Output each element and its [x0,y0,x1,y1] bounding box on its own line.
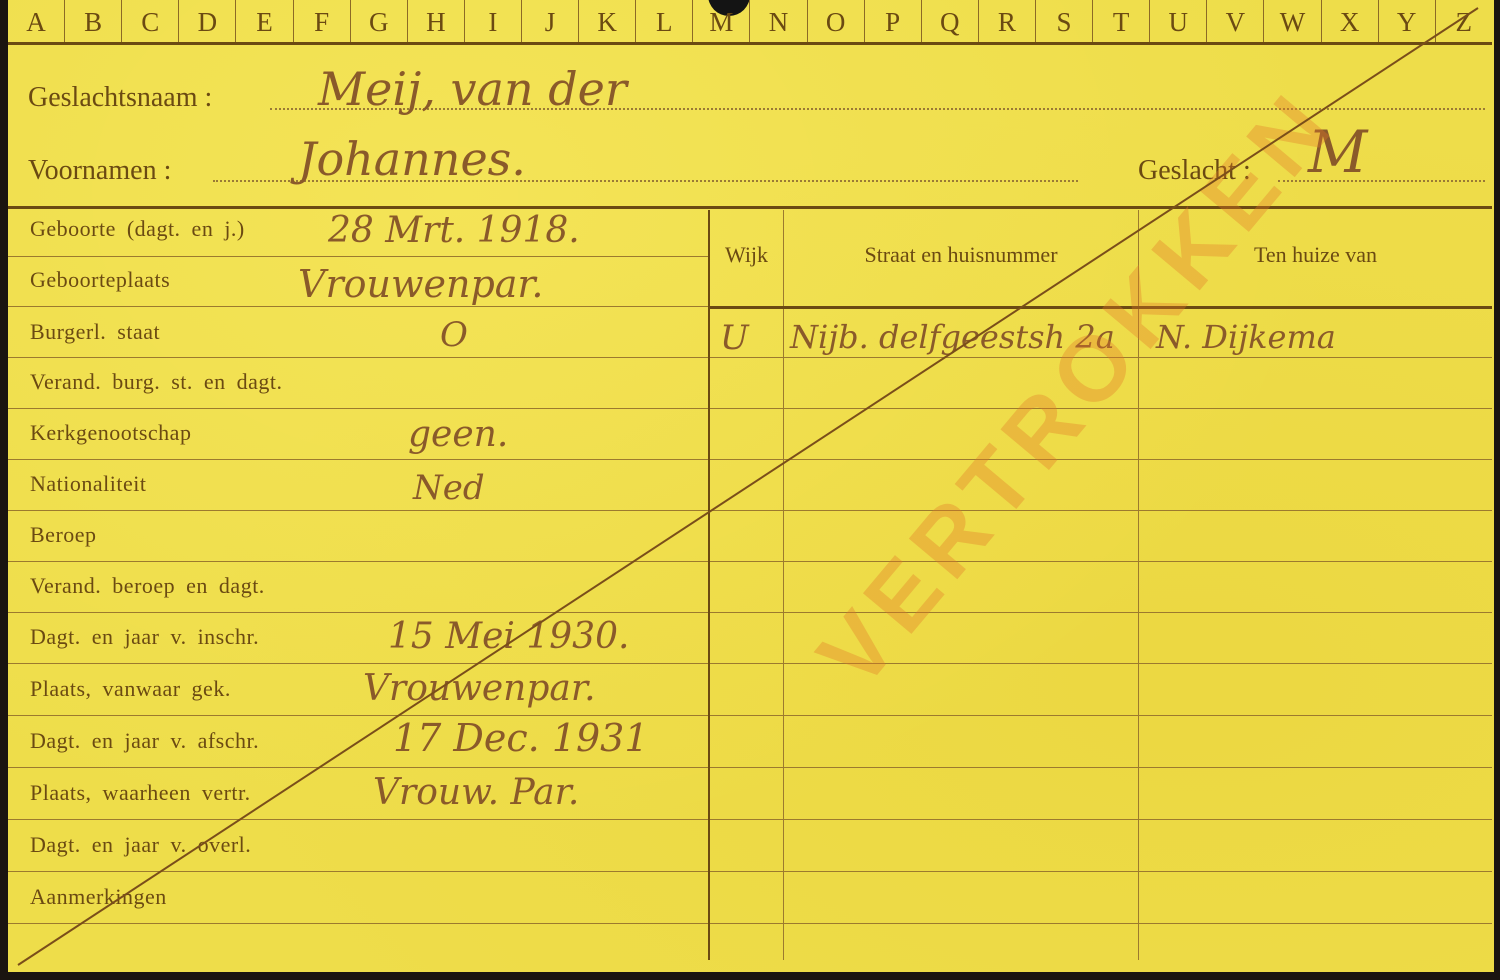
registration-card: A B C D E F G H I J K L M N O P Q R S T … [8,0,1494,972]
diagonal-cancel-line [8,0,1494,972]
